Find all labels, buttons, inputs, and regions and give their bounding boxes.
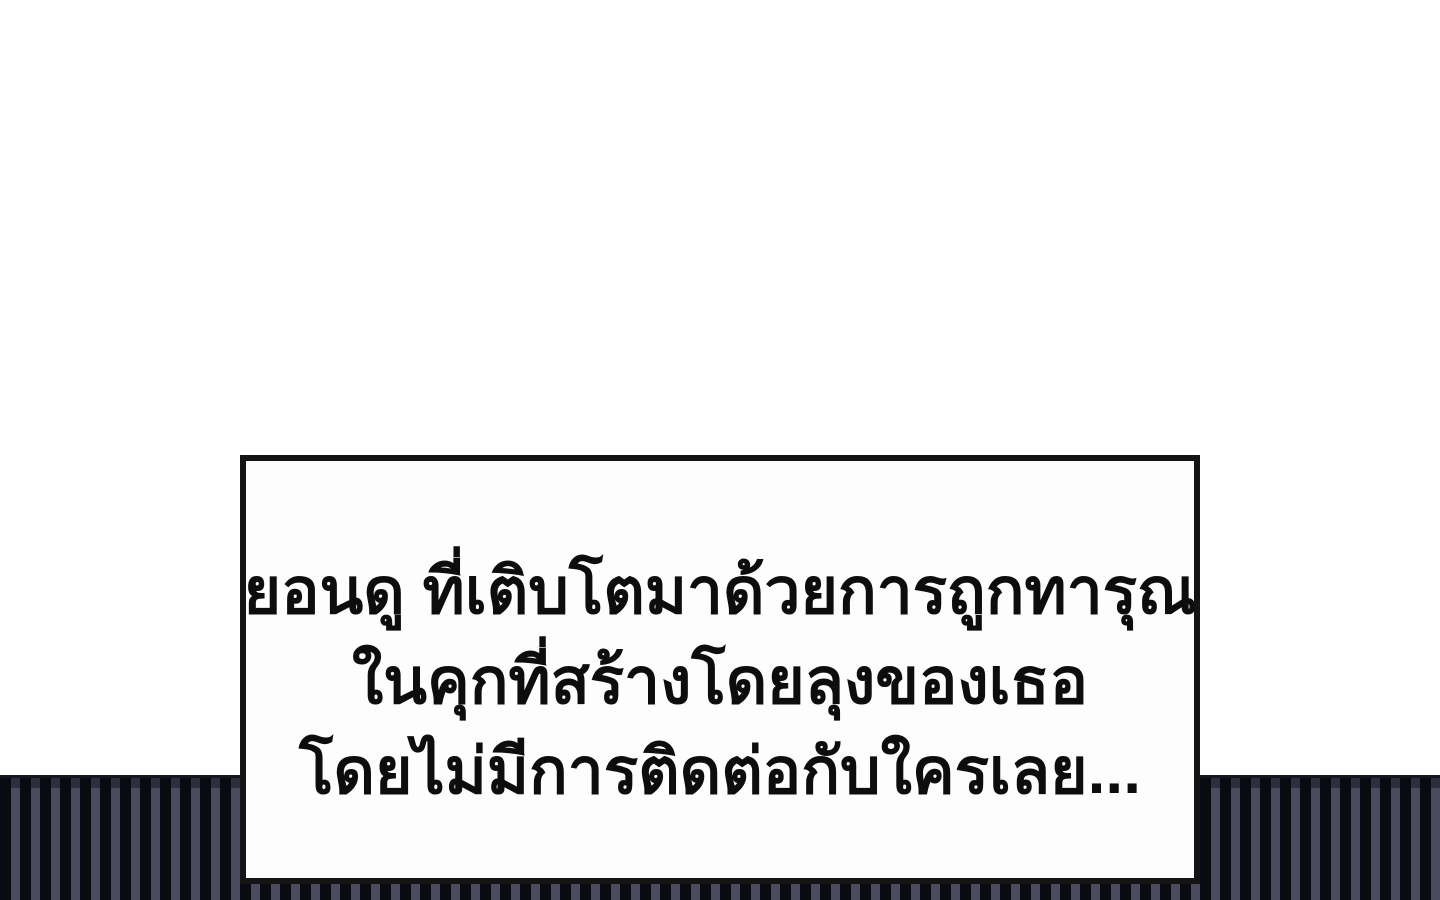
narration-line-2: ในคุกที่สร้างโดยลุงของเธอ [352, 636, 1088, 726]
narration-line-3: โดยไม่มีการติดต่อกับใครเลย... [299, 726, 1141, 816]
narration-line-1: ยอนดู ที่เติบโตมาด้วยการถูกทารุณ [244, 546, 1197, 636]
narration-box: ยอนดู ที่เติบโตมาด้วยการถูกทารุณ ในคุกที… [240, 455, 1200, 884]
comic-panel: ยอนดู ที่เติบโตมาด้วยการถูกทารุณ ในคุกที… [0, 0, 1440, 900]
